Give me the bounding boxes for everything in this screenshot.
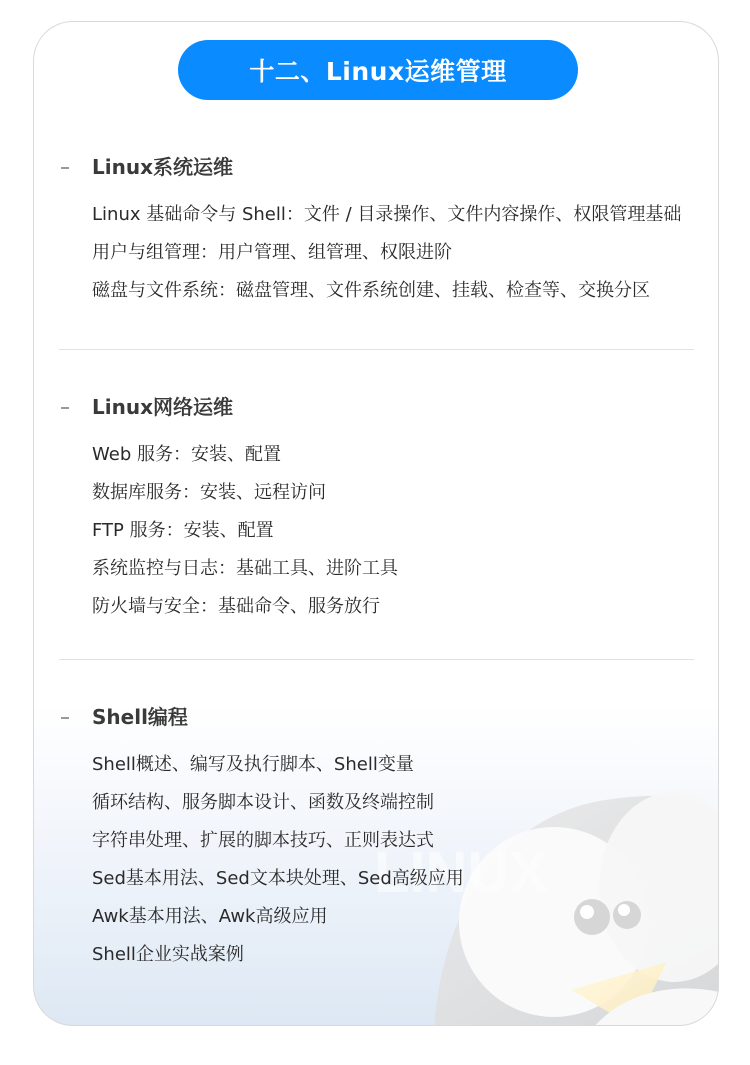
list-item: Shell企业实战案例 [92,936,464,974]
list-item: 系统监控与日志：基础工具、进阶工具 [92,550,398,588]
list-item: Linux 基础命令与 Shell：文件 / 目录操作、文件内容操作、权限管理基… [92,196,681,234]
bullet-dash [61,167,69,169]
list-item: Awk基本用法、Awk高级应用 [92,898,464,936]
list-item: FTP 服务：安装、配置 [92,512,398,550]
list-item: 防火墙与安全：基础命令、服务放行 [92,588,398,626]
list-item: 数据库服务：安装、远程访问 [92,474,398,512]
list-item: Shell概述、编写及执行脚本、Shell变量 [92,746,464,784]
section-title: Shell编程 [92,702,188,732]
bullet-dash [61,407,69,409]
list-item: 字符串处理、扩展的脚本技巧、正则表达式 [92,822,464,860]
section-title: Linux网络运维 [92,392,233,422]
list-item: Web 服务：安装、配置 [92,436,398,474]
topic-list: Web 服务：安装、配置 数据库服务：安装、远程访问 FTP 服务：安装、配置 … [92,436,398,626]
list-item: Sed基本用法、Sed文本块处理、Sed高级应用 [92,860,464,898]
list-item: 循环结构、服务脚本设计、函数及终端控制 [92,784,464,822]
bullet-dash [61,717,69,719]
list-item: 磁盘与文件系统：磁盘管理、文件系统创建、挂载、检查等、交换分区 [92,272,681,310]
topic-list: Shell概述、编写及执行脚本、Shell变量 循环结构、服务脚本设计、函数及终… [92,746,464,974]
topic-list: Linux 基础命令与 Shell：文件 / 目录操作、文件内容操作、权限管理基… [92,196,681,310]
section-divider [59,349,694,350]
course-card: LINUX 十二、Linux运维管理 Linux系统运维 Linux 基础命令与… [33,21,719,1026]
section-title: Linux系统运维 [92,152,233,182]
page-title: 十二、Linux运维管理 [178,40,578,100]
section-divider [59,659,694,660]
list-item: 用户与组管理：用户管理、组管理、权限进阶 [92,234,681,272]
